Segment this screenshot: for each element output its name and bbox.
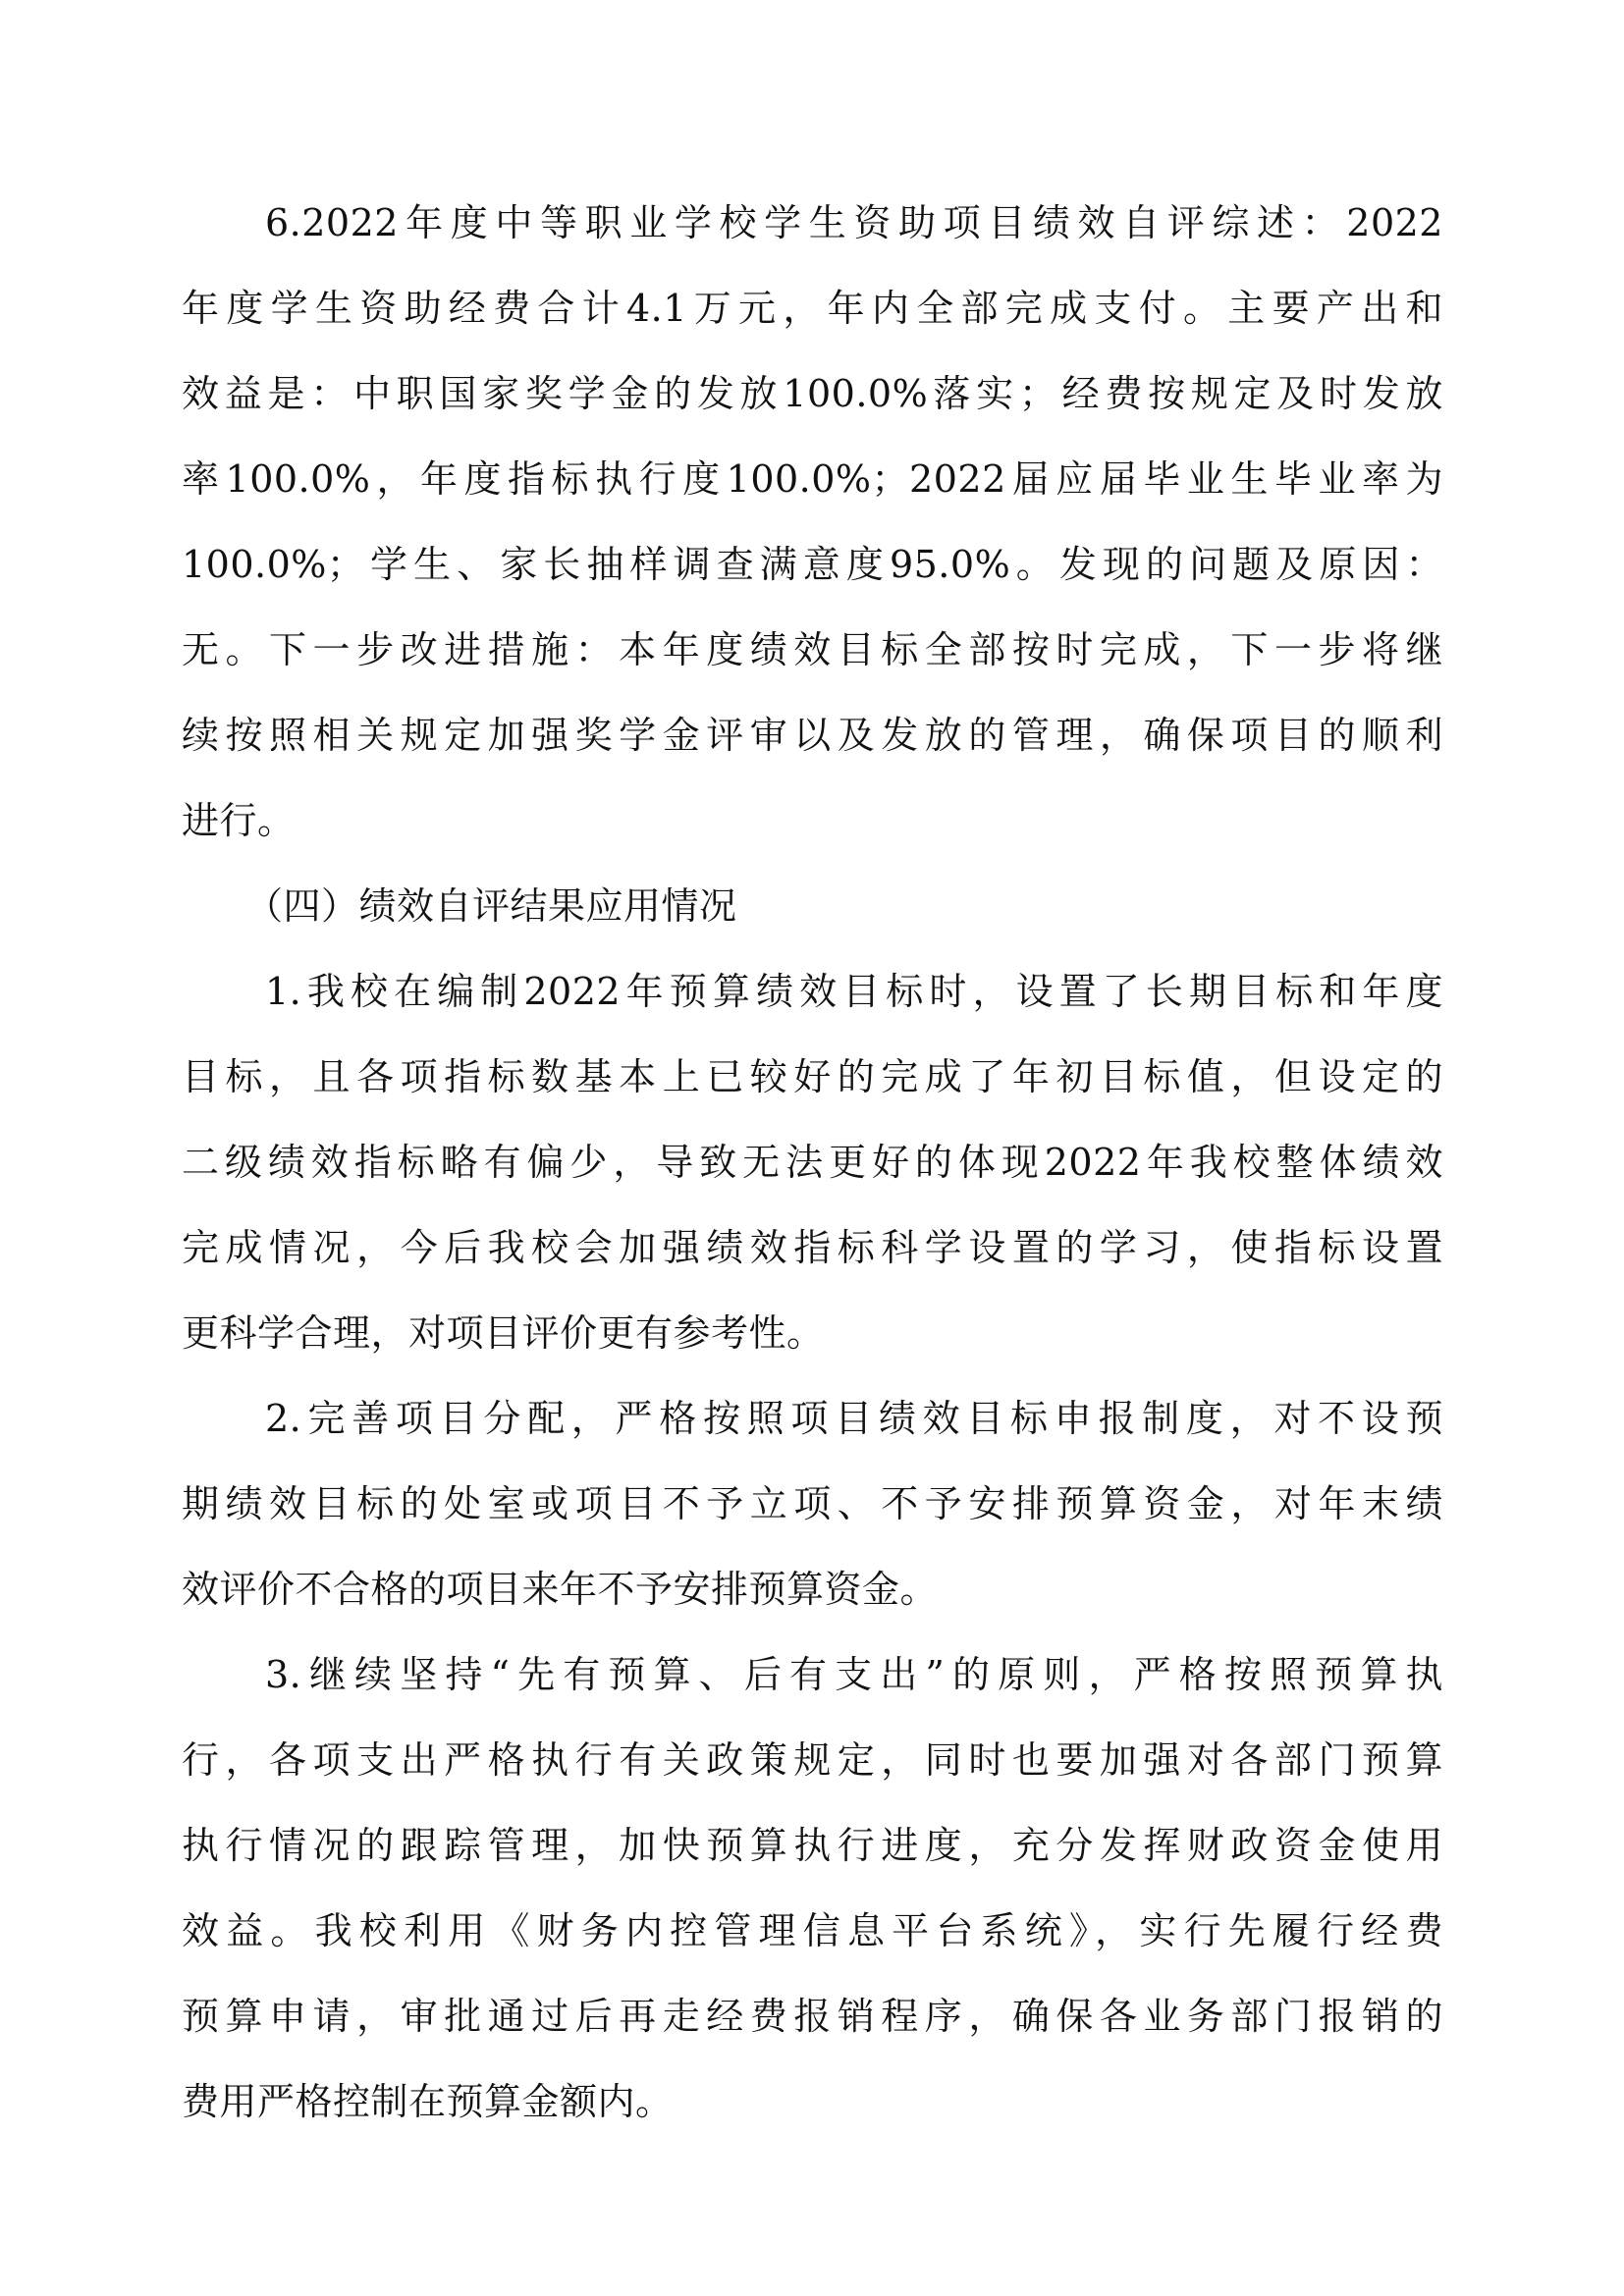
text-line: 行，各项支出严格执行有关政策规定，同时也要加强对各部门预算 <box>182 1718 1443 1803</box>
paragraph-student-aid-summary: 6.2022年度中等职业学校学生资助项目绩效自评综述：2022 年度学生资助经费… <box>182 181 1443 864</box>
text-line: 效评价不合格的项目来年不予安排预算资金。 <box>182 1547 1443 1632</box>
text-line: 3.继续坚持“先有预算、后有支出”的原则，严格按照预算执 <box>182 1632 1443 1718</box>
text-line: 目标，且各项指标数基本上已较好的完成了年初目标值，但设定的 <box>182 1035 1443 1120</box>
text-line: 续按照相关规定加强奖学金评审以及发放的管理，确保项目的顺利 <box>182 693 1443 778</box>
paragraph-project-allocation: 2.完善项目分配，严格按照项目绩效目标申报制度，对不设预 期绩效目标的处室或项目… <box>182 1376 1443 1632</box>
paragraph-performance-targets: 1.我校在编制2022年预算绩效目标时，设置了长期目标和年度 目标，且各项指标数… <box>182 949 1443 1376</box>
text-line: 费用严格控制在预算金额内。 <box>182 2059 1443 2145</box>
text-line: 2.完善项目分配，严格按照项目绩效目标申报制度，对不设预 <box>182 1376 1443 1462</box>
text-line: 完成情况，今后我校会加强绩效指标科学设置的学习，使指标设置 <box>182 1205 1443 1291</box>
text-line: 无。下一步改进措施：本年度绩效目标全部按时完成，下一步将继 <box>182 608 1443 693</box>
text-line: 效益是：中职国家奖学金的发放100.0%落实；经费按规定及时发放 <box>182 351 1443 437</box>
text-line: 率100.0%，年度指标执行度100.0%；2022届应届毕业生毕业率为 <box>182 437 1443 522</box>
text-line: 6.2022年度中等职业学校学生资助项目绩效自评综述：2022 <box>182 181 1443 266</box>
paragraph-budget-first-principle: 3.继续坚持“先有预算、后有支出”的原则，严格按照预算执 行，各项支出严格执行有… <box>182 1632 1443 2145</box>
text-line: 期绩效目标的处室或项目不予立项、不予安排预算资金，对年末绩 <box>182 1462 1443 1547</box>
text-line: 更科学合理，对项目评价更有参考性。 <box>182 1291 1443 1376</box>
text-line: 1.我校在编制2022年预算绩效目标时，设置了长期目标和年度 <box>182 949 1443 1035</box>
text-line: 预算申请，审批通过后再走经费报销程序，确保各业务部门报销的 <box>182 1974 1443 2059</box>
text-line: 二级绩效指标略有偏少，导致无法更好的体现2022年我校整体绩效 <box>182 1120 1443 1205</box>
document-page: 6.2022年度中等职业学校学生资助项目绩效自评综述：2022 年度学生资助经费… <box>182 181 1443 2145</box>
text-line: 执行情况的跟踪管理，加快预算执行进度，充分发挥财政资金使用 <box>182 1803 1443 1889</box>
text-line: 效益。我校利用《财务内控管理信息平台系统》，实行先履行经费 <box>182 1889 1443 1974</box>
text-line: 进行。 <box>182 778 1443 864</box>
text-line: 年度学生资助经费合计4.1万元，年内全部完成支付。主要产出和 <box>182 266 1443 351</box>
section-heading: （四）绩效自评结果应用情况 <box>182 864 1443 949</box>
text-line: 100.0%；学生、家长抽样调查满意度95.0%。发现的问题及原因： <box>182 522 1443 608</box>
